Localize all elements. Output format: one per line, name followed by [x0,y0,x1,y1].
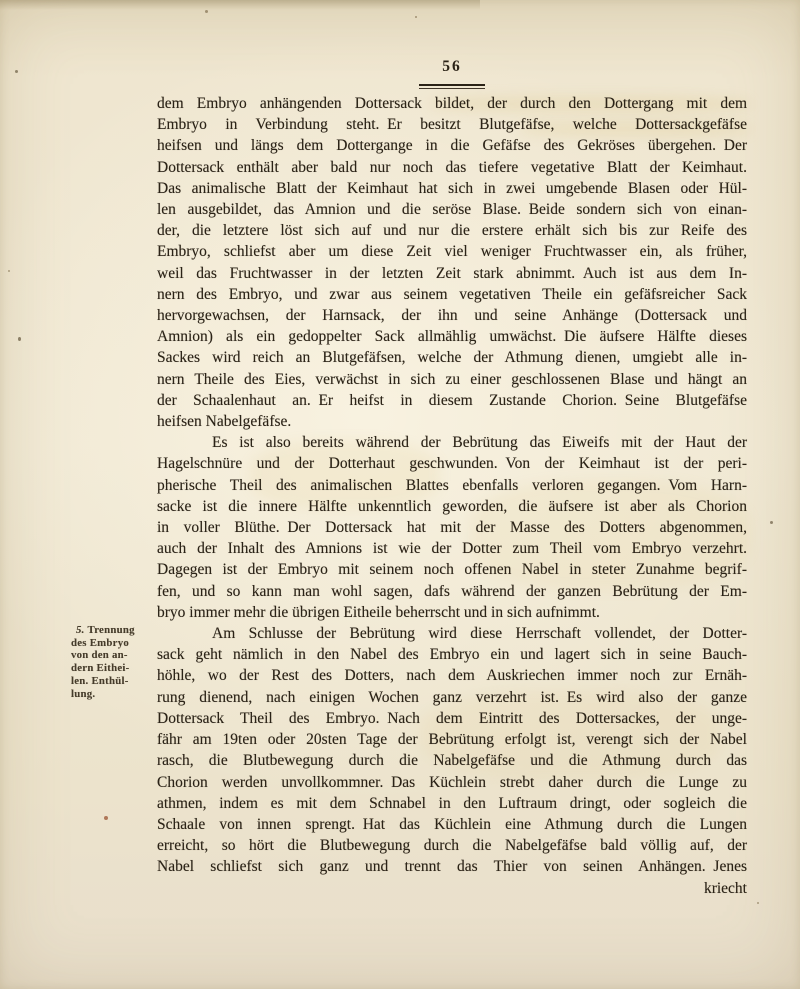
text-line: der, die letztere löst sich auf und nur … [157,220,747,241]
text-line: fähr am 19ten oder 20sten Tage der Bebrü… [157,729,747,750]
text-line: erreicht, so hört die Blutbewegung durch… [157,835,747,856]
text-line: Es ist also bereits während der Bebrütun… [157,432,747,453]
text-line: Das animalische Blatt der Keimhaut hat s… [157,178,747,199]
body-text: dem Embryo anhängenden Dottersack bildet… [157,93,747,899]
text-line: sacke ist die innere Hälfte unkenntlich … [157,496,747,517]
text-line: hervorgewachsen, der Harnsack, der ihn u… [157,305,747,326]
text-line: fen, und so kann man wohl sagen, dafs wä… [157,581,747,602]
text-line: Embryo in Verbindung steht. Er besitzt B… [157,114,747,135]
text-line: heifsen Nabelgefäfse. [157,411,747,432]
paper-speck [8,270,10,272]
text-line: Sackes wird reich an Blutgefäfsen, welch… [157,347,747,368]
text-line: weil das Fruchtwasser in der letzten Zei… [157,263,747,284]
margin-note-marker: 5. [76,624,88,636]
page-number-rule [419,84,485,89]
margin-note-line: 5. Trennung [71,624,156,637]
text-line: Dottersack Theil des Embryo. Nach dem Ei… [157,708,747,729]
text-line: Nabel schliefst sich ganz und trennt das… [157,856,747,877]
paper-speck [18,337,21,341]
paper-speck [415,16,417,18]
text-line: athmen, indem es mit dem Schnabel in den… [157,793,747,814]
text-line: Am Schlusse der Bebrütung wird diese Her… [157,623,747,644]
text-line: nern Theile des Eies, verwächst in sich … [157,369,747,390]
book-page: 56 5. Trennungdes Embryovon den an-dern … [0,0,800,989]
page-header: 56 [157,58,747,94]
text-line: Embryo, schliefst aber um diese Zeit vie… [157,241,747,262]
margin-note-line: des Embryo [71,637,156,650]
catchword: kriecht [157,878,747,899]
page-number: 56 [157,58,747,76]
text-line: auch der Inhalt des Amnions ist wie der … [157,538,747,559]
text-line: Schaale von innen sprengt. Hat das Küchl… [157,814,747,835]
text-line: Hagelschnüre und der Dotterhaut geschwun… [157,453,747,474]
text-line: der Schaalenhaut an. Er heifst in diesem… [157,390,747,411]
margin-note: 5. Trennungdes Embryovon den an-dern Eit… [71,624,156,700]
margin-note-line: von den an- [71,649,156,662]
text-line: rasch, die Blutbewegung durch die Nabelg… [157,750,747,771]
text-line: pherische Theil des animalischen Blattes… [157,475,747,496]
text-line: Dagegen ist der Embryo mit seinem noch o… [157,559,747,580]
text-line: in voller Blüthe. Der Dottersack hat mit… [157,517,747,538]
paper-speck [770,521,773,524]
text-line: len ausgebildet, das Amnion und die serö… [157,199,747,220]
paper-speck [205,10,208,13]
text-line: Amnion) als ein gedoppelter Sack allmähl… [157,326,747,347]
text-line: rung dienend, nach einigen Wochen ganz v… [157,687,747,708]
paper-speck [104,816,108,820]
scan-top-edge-shadow [0,0,480,10]
paper-speck [757,902,759,904]
margin-note-line: lung. [71,688,156,701]
text-line: sack geht nämlich in den Nabel des Embry… [157,644,747,665]
margin-note-line: len. Enthül- [71,675,156,688]
margin-note-line: dern Eithei- [71,662,156,675]
text-line: nern des Embryo, und zwar aus seinem veg… [157,284,747,305]
paper-speck [15,70,18,73]
text-line: bryo immer mehr die übrigen Eitheile beh… [157,602,747,623]
text-line: höhle, wo der Rest des Dotters, nach dem… [157,665,747,686]
text-line: Chorion werden unvollkommner. Das Küchle… [157,772,747,793]
text-line: heifsen und längs dem Dottergange in die… [157,135,747,156]
text-line: Dottersack enthält aber bald nur noch da… [157,157,747,178]
text-line: dem Embryo anhängenden Dottersack bildet… [157,93,747,114]
